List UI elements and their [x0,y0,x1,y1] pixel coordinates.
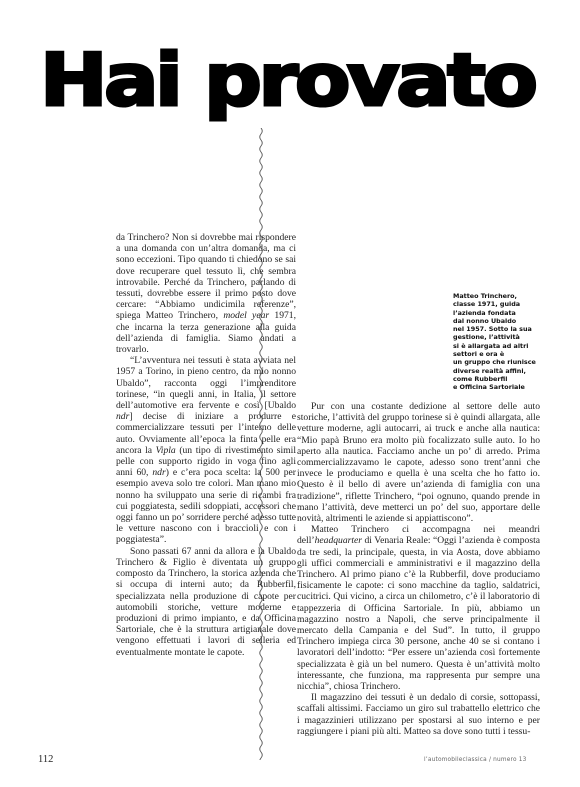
article-paragraph: Matteo Trinchero ci accompagna nei meand… [297,524,540,692]
caption-line: come Rubberfil [453,375,553,383]
article-paragraph: “L’avventura nei tessuti è stata avviata… [116,355,296,545]
caption-line: gestione, l’attività [453,333,553,341]
page-number: 112 [38,754,53,765]
caption-line: si è allargata ad altri [453,342,553,350]
caption-line: settori e ora è [453,350,553,358]
page-headline: Hai provato [40,44,534,116]
caption-line: dal nonno Ubaldo [453,317,553,325]
photo-caption: Matteo Trinchero,classe 1971, guidal’azi… [453,292,553,392]
right-column-text: Pur con una costante dedizione al settor… [297,401,540,737]
publication-footer: l’automobileclassica / numero 13 [424,757,527,763]
left-column-text: da Trinchero? Non si dovrebbe mai rispon… [116,232,296,658]
article-paragraph: Sono passati 67 anni da allora e la Ubal… [116,546,296,658]
article-paragraph: Pur con una costante dedizione al settor… [297,401,540,524]
caption-line: classe 1971, guida [453,300,553,308]
caption-line: nel 1957. Sotto la sua [453,325,553,333]
caption-line: un gruppo che riunisce [453,358,553,366]
caption-line: e Officina Sartoriale [453,383,553,391]
caption-line: diverse realtà affini, [453,367,553,375]
caption-line: l’azienda fondata [453,309,553,317]
article-paragraph: Il magazzino dei tessuti è un dedalo di … [297,692,540,737]
article-paragraph: da Trinchero? Non si dovrebbe mai rispon… [116,232,296,355]
caption-line: Matteo Trinchero, [453,292,553,300]
